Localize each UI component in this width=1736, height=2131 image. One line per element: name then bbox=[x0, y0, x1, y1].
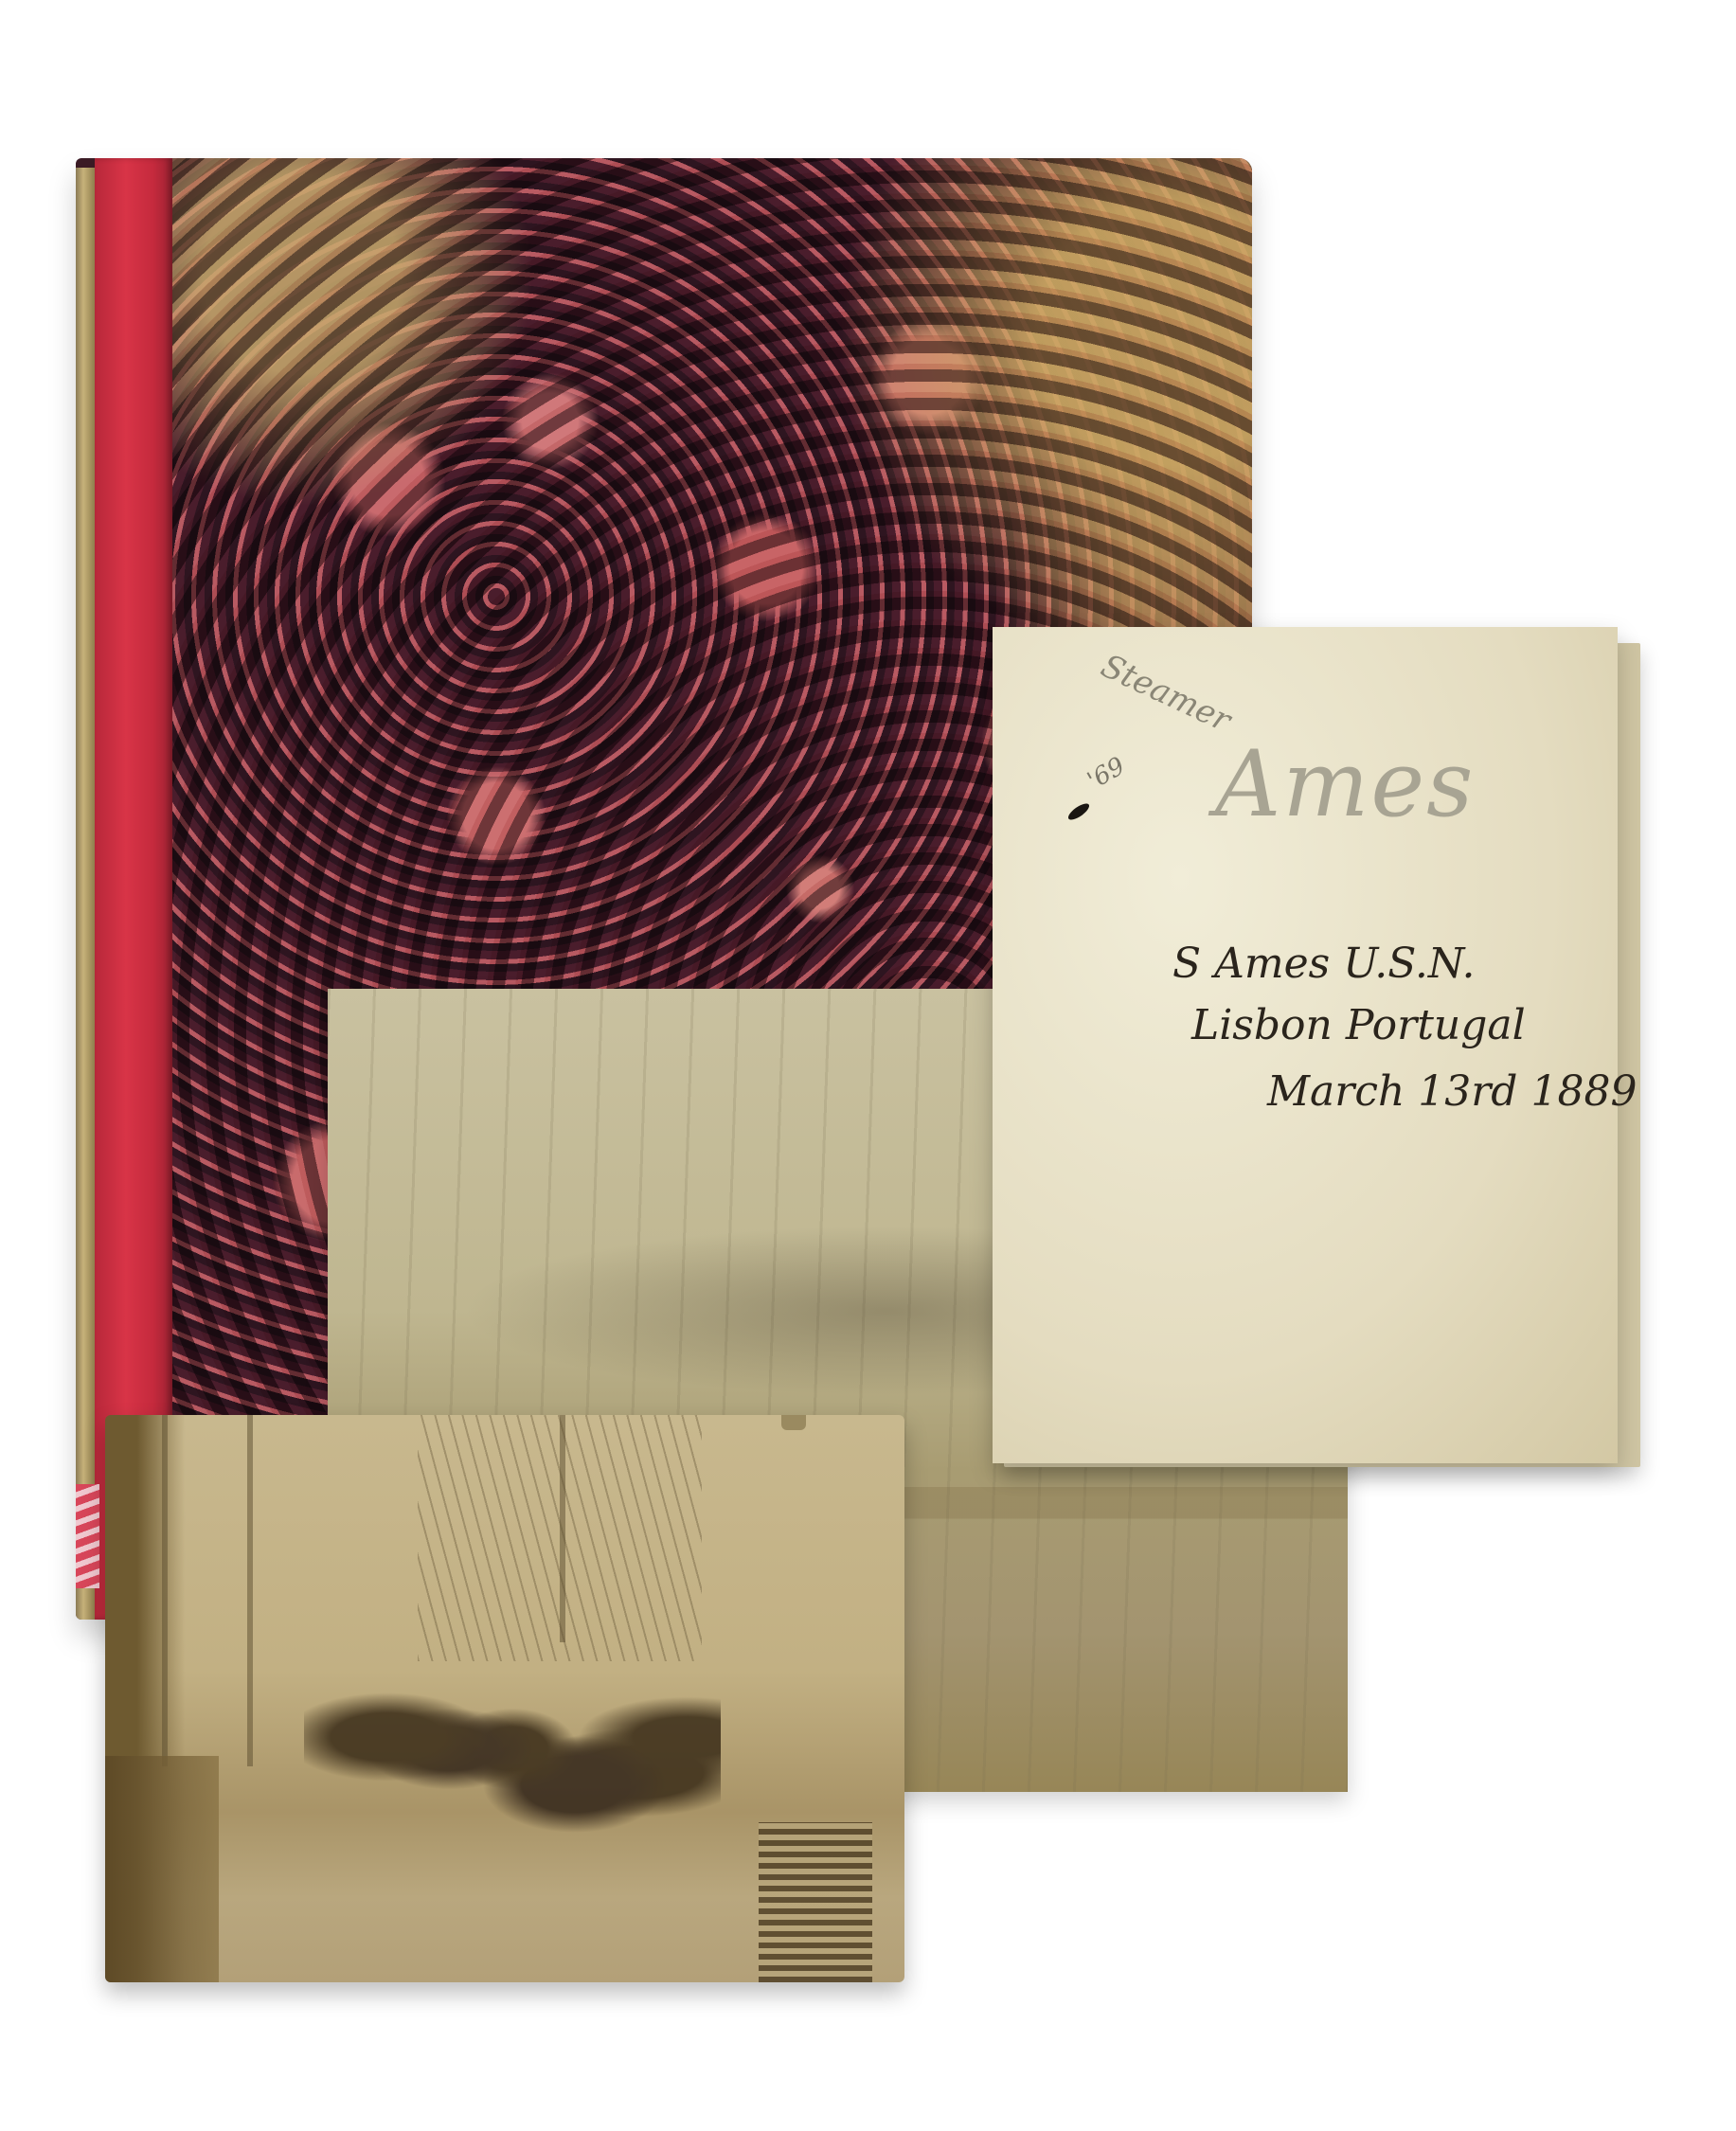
ink-blot bbox=[1065, 800, 1091, 822]
inscription-date: March 13rd 1889 bbox=[1267, 1067, 1637, 1116]
pencil-note-small: '69 bbox=[1083, 752, 1130, 796]
inscription-name: S Ames U.S.N. bbox=[1172, 940, 1476, 988]
photo-edge-notch bbox=[781, 1415, 806, 1430]
mast bbox=[162, 1415, 168, 1766]
red-cloth-spine bbox=[95, 158, 172, 1620]
worn-spine-corner bbox=[76, 1484, 99, 1588]
officer-group bbox=[304, 1642, 721, 1879]
pencil-note-steamer: Steamer bbox=[1095, 647, 1236, 740]
officers-photograph bbox=[105, 1415, 904, 1982]
pencil-note-ames: Ames bbox=[1215, 731, 1475, 837]
mast bbox=[247, 1415, 253, 1766]
page-edge bbox=[76, 168, 95, 1620]
inscribed-document: Steamer Ames '69 S Ames U.S.N. Lisbon Po… bbox=[993, 627, 1618, 1463]
deck-rail bbox=[105, 1756, 219, 1982]
ship-rigging bbox=[418, 1415, 702, 1661]
inscription-place: Lisbon Portugal bbox=[1191, 1001, 1526, 1049]
deck-hatch bbox=[759, 1822, 872, 1982]
